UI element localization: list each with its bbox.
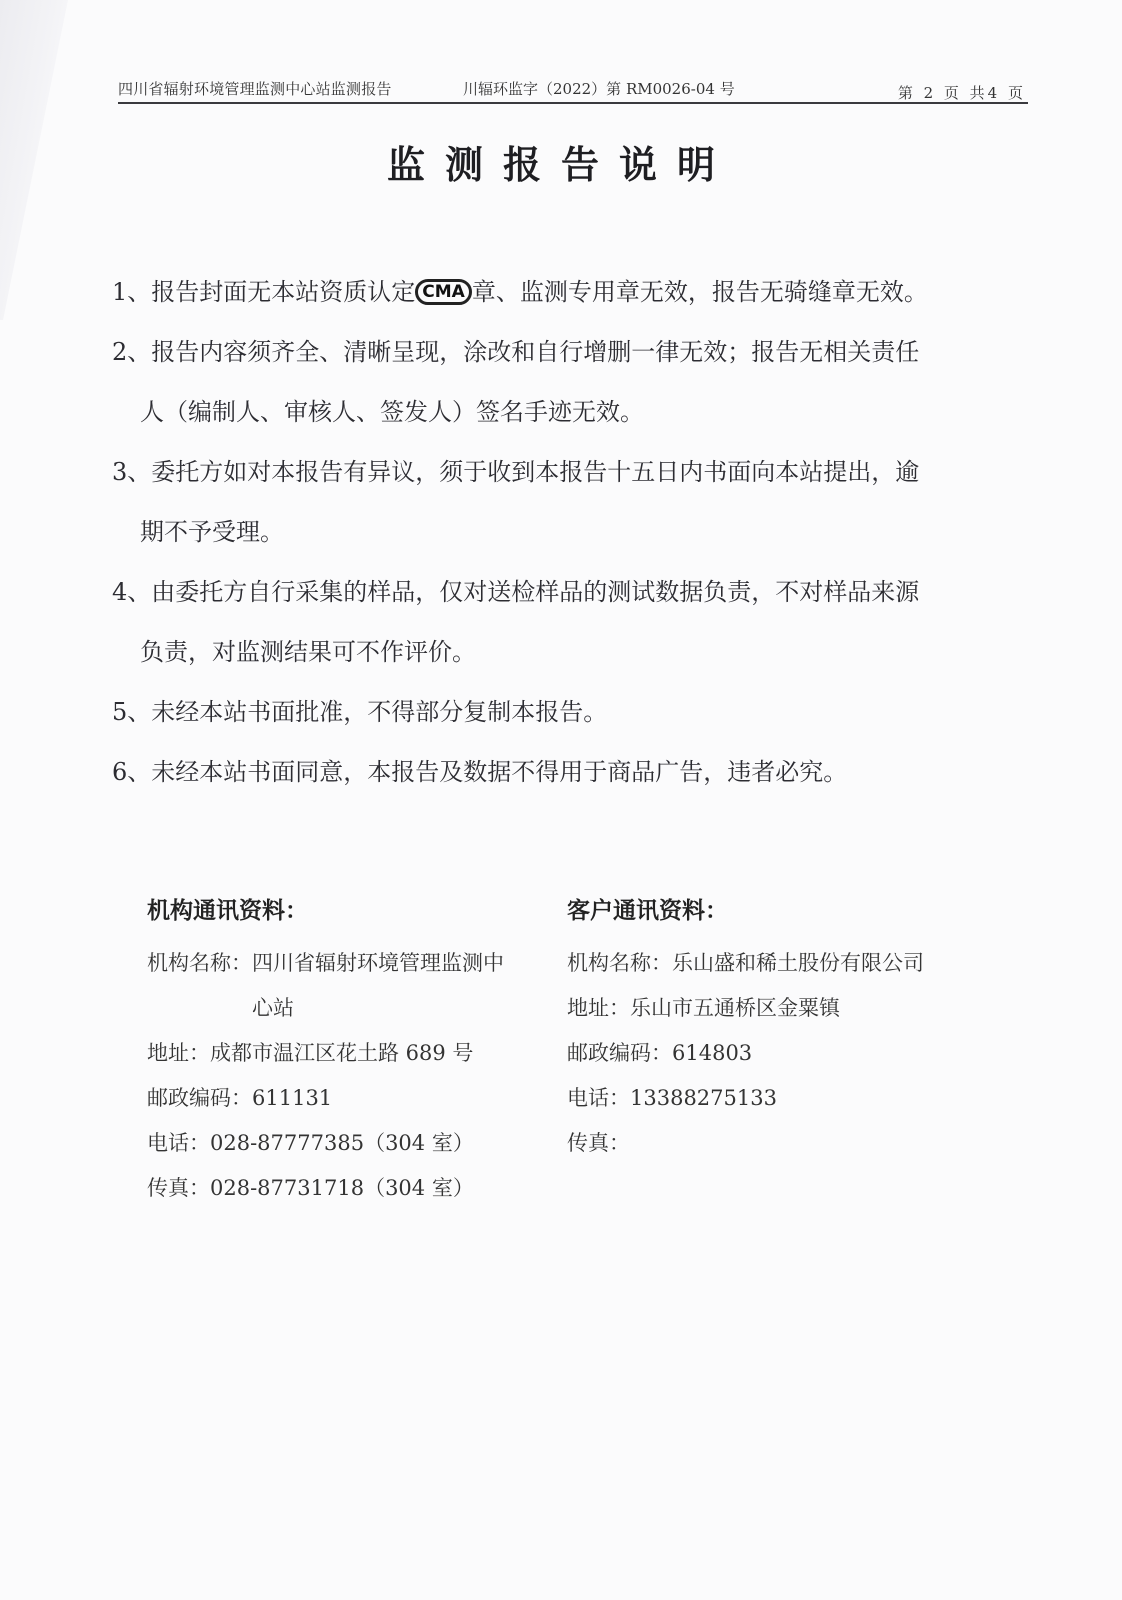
notes-list: 1、报告封面无本站资质认定CMA章、监测专用章无效，报告无骑缝章无效。 2、报告… [112,262,1012,802]
institution-address-row: 地址： 成都市温江区花土路 689 号 [147,1031,567,1076]
note-4: 4、由委托方自行采集的样品，仅对送检样品的测试数据负责，不对样品来源 负责，对监… [112,562,1012,682]
client-name: 乐山盛和稀土股份有限公司 [672,941,942,986]
institution-phone: 028-87777385（304 室） [210,1121,474,1166]
client-contact-heading: 客户通讯资料： [567,893,987,929]
note-2: 2、报告内容须齐全、清晰呈现，涂改和自行增删一律无效；报告无相关责任 人（编制人… [112,322,1012,442]
page-header: 四川省辐射环境管理监测中心站监测报告 川辐环监字（2022）第 RM0026-0… [118,76,1028,104]
client-phone-row: 电话： 13388275133 [567,1076,987,1121]
header-page-info: 第 2 页 共4 页 [898,82,1026,103]
institution-postcode: 611131 [252,1076,332,1121]
institution-address: 成都市温江区花土路 689 号 [210,1031,473,1076]
page-title: 监测报告说明 [0,134,1122,189]
note-5: 5、未经本站书面批准，不得部分复制本报告。 [112,682,1012,742]
client-postcode: 614803 [672,1031,752,1076]
institution-phone-row: 电话： 028-87777385（304 室） [147,1121,567,1166]
client-postcode-row: 邮政编码： 614803 [567,1031,987,1076]
cma-seal-icon: CMA [415,279,472,305]
institution-name: 四川省辐射环境管理监测中心站 [252,941,522,1031]
institution-contact: 机构通讯资料： 机构名称： 四川省辐射环境管理监测中心站 地址： 成都市温江区花… [147,893,567,1211]
note-1: 1、报告封面无本站资质认定CMA章、监测专用章无效，报告无骑缝章无效。 [112,262,1012,322]
client-name-row: 机构名称： 乐山盛和稀土股份有限公司 [567,941,987,986]
header-report-number: 川辐环监字（2022）第 RM0026-04 号 [463,78,735,99]
institution-postcode-row: 邮政编码： 611131 [147,1076,567,1121]
client-address: 乐山市五通桥区金粟镇 [630,986,840,1031]
institution-fax-row: 传真： 028-87731718（304 室） [147,1166,567,1211]
note-3: 3、委托方如对本报告有异议，须于收到本报告十五日内书面向本站提出，逾 期不予受理… [112,442,1012,562]
institution-fax: 028-87731718（304 室） [210,1166,474,1211]
client-address-row: 地址： 乐山市五通桥区金粟镇 [567,986,987,1031]
client-phone: 13388275133 [630,1076,777,1121]
institution-contact-heading: 机构通讯资料： [147,893,567,929]
header-organization: 四川省辐射环境管理监测中心站监测报告 [118,78,392,99]
client-fax-row: 传真： [567,1121,987,1166]
institution-name-row: 机构名称： 四川省辐射环境管理监测中心站 [147,941,567,1031]
note-6: 6、未经本站书面同意，本报告及数据不得用于商品广告，违者必究。 [112,742,1012,802]
client-contact: 客户通讯资料： 机构名称： 乐山盛和稀土股份有限公司 地址： 乐山市五通桥区金粟… [567,893,987,1166]
